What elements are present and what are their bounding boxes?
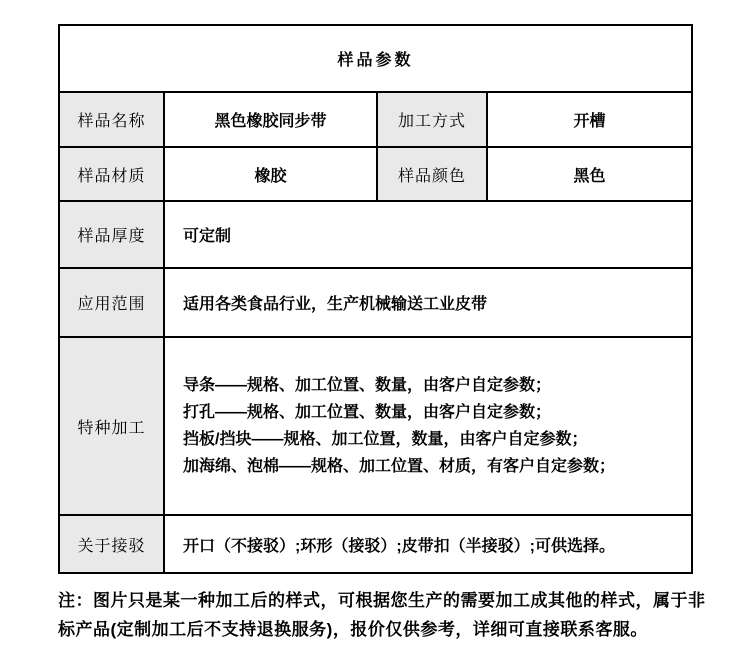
label-sample-material: 样品材质: [59, 147, 164, 201]
value-sample-material: 橡胶: [164, 147, 377, 201]
special-processing-line-4: 加海绵、泡棉——规格、加工位置、材质，有客户自定参数；: [183, 453, 681, 480]
label-sample-thickness: 样品厚度: [59, 201, 164, 268]
label-sample-color: 样品颜色: [377, 147, 487, 201]
value-application-scope: 适用各类食品行业，生产机械输送工业皮带: [164, 268, 692, 337]
value-about-joining: 开口（不接驳）;环形（接驳）;皮带扣（半接驳）;可供选择。: [164, 515, 692, 573]
label-about-joining: 关于接驳: [59, 515, 164, 573]
title-row: 样品参数: [59, 25, 692, 92]
footer-note: 注：图片只是某一种加工后的样式，可根据您生产的需要加工成其他的样式，属于非标产品…: [58, 586, 706, 644]
value-processing-method: 开槽: [487, 92, 692, 147]
spec-sheet-page: 样品参数 样品名称 黑色橡胶同步带 加工方式 开槽 样品材质 橡胶 样品颜色 黑…: [0, 0, 750, 667]
table-row-about-joining: 关于接驳 开口（不接驳）;环形（接驳）;皮带扣（半接驳）;可供选择。: [59, 515, 692, 573]
value-sample-name: 黑色橡胶同步带: [164, 92, 377, 147]
table-row-sample-material: 样品材质 橡胶 样品颜色 黑色: [59, 147, 692, 201]
special-processing-line-2: 打孔——规格、加工位置、数量，由客户自定参数；: [183, 399, 681, 426]
page-title: 样品参数: [59, 25, 692, 92]
special-processing-line-3: 挡板/挡块——规格、加工位置，数量，由客户自定参数；: [183, 426, 681, 453]
label-sample-name: 样品名称: [59, 92, 164, 147]
table-row-application-scope: 应用范围 适用各类食品行业，生产机械输送工业皮带: [59, 268, 692, 337]
table-row-sample-name: 样品名称 黑色橡胶同步带 加工方式 开槽: [59, 92, 692, 147]
label-application-scope: 应用范围: [59, 268, 164, 337]
value-special-processing: 导条——规格、加工位置、数量，由客户自定参数； 打孔——规格、加工位置、数量，由…: [164, 337, 692, 515]
value-sample-thickness: 可定制: [164, 201, 692, 268]
label-special-processing: 特种加工: [59, 337, 164, 515]
label-processing-method: 加工方式: [377, 92, 487, 147]
special-processing-line-1: 导条——规格、加工位置、数量，由客户自定参数；: [183, 372, 681, 399]
sample-parameters-table: 样品参数 样品名称 黑色橡胶同步带 加工方式 开槽 样品材质 橡胶 样品颜色 黑…: [58, 24, 693, 574]
value-sample-color: 黑色: [487, 147, 692, 201]
table-row-sample-thickness: 样品厚度 可定制: [59, 201, 692, 268]
table-row-special-processing: 特种加工 导条——规格、加工位置、数量，由客户自定参数； 打孔——规格、加工位置…: [59, 337, 692, 515]
